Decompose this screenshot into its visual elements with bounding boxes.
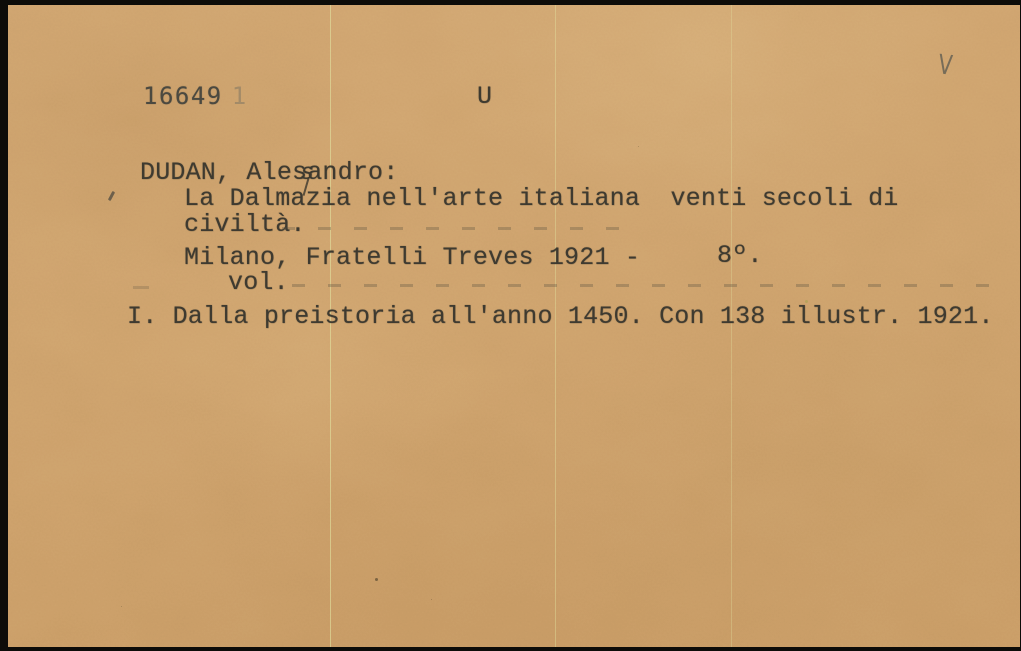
pencil-check-mark: V [937, 49, 954, 81]
author-heading-pre: DUDAN, Ales [140, 158, 307, 187]
call-number-faint-digit: 1 [232, 82, 248, 110]
erased-text-dashes [282, 227, 634, 230]
section-letter: U [477, 84, 492, 109]
volume-label: vol. [228, 270, 289, 295]
imprint-line: Milano, Fratelli Treves 1921 - [184, 245, 640, 270]
scanned-catalog-card-page: { "colors": { "paper": "#d4aa74", "ink":… [0, 0, 1021, 651]
title-line-2: civiltà. [184, 212, 306, 237]
author-heading: DUDAN, Alessandro: [140, 160, 398, 185]
card-content-layer: 166491 U V DUDAN, Alessandro: La Dalmazi… [0, 0, 1021, 651]
paper-flecks [375, 578, 378, 581]
author-heading-post: andro: [307, 158, 398, 187]
contents-note: I. Dalla preistoria all'anno 1450. Con 1… [127, 304, 994, 329]
pencil-tick-mark [108, 191, 115, 201]
title-line-1: La Dalmazia nell'arte italiana venti sec… [184, 186, 899, 211]
format-notation: 8º. [717, 243, 763, 268]
erased-text-dashes [292, 284, 1002, 287]
call-number-line: 166491 [143, 84, 248, 108]
call-number: 16649 [143, 82, 223, 110]
erased-text-dashes [124, 286, 176, 289]
